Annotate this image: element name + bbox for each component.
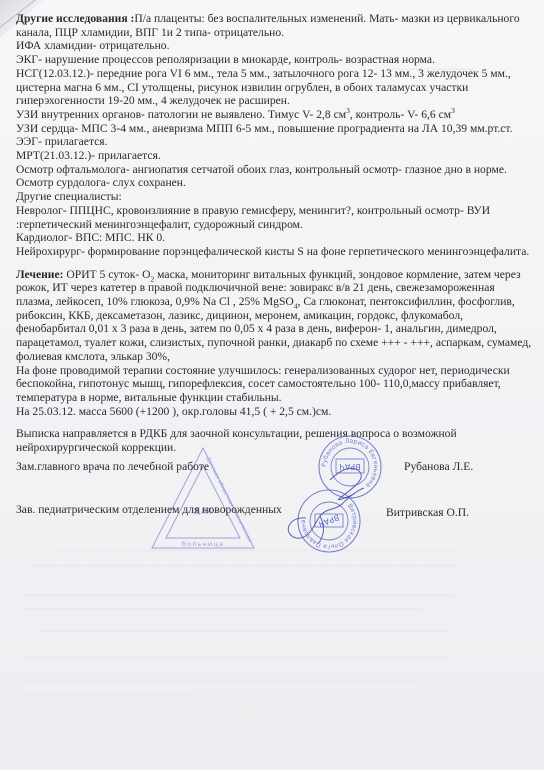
- neurologist-line: Невролог- ППЦНС, кровоизлияние в правую …: [16, 204, 536, 218]
- cardiologist-line: Кардиолог- ВПС: МПС. НК 0.: [16, 231, 536, 245]
- treatment-line-1: Лечение: ОРИТ 5 суток- О2 маска, монитор…: [16, 268, 536, 282]
- treatment-line: рибоксин, ККБ, дексаметазон, лазикс, диц…: [16, 309, 536, 323]
- signature-name-rubanova: Рубанова Л.Е.: [404, 460, 473, 473]
- neurosurgeon-line: Нейрохирург- формирование порэнцефаличес…: [16, 245, 536, 259]
- document-body: Другие исследования :П/а плаценты: без в…: [16, 12, 536, 455]
- mri-line: МРТ(21.03.12.)- прилагается.: [16, 149, 536, 163]
- referral-line: нейрохирургической коррекции.: [16, 441, 536, 455]
- other-tests-line: ИФА хламидии- отрицательно.: [16, 39, 536, 53]
- outcome-line: На фоне проводимой терапии состояние улу…: [16, 364, 536, 378]
- nsg-line: цистерна магна 6 мм., CI утолщены, рисун…: [16, 81, 536, 95]
- ophthalmologist-line: Осмотр офтальмолога- ангиопатия сетчатой…: [16, 163, 536, 177]
- uzi-heart-line: УЗИ сердца- МПС 3-4 мм., аневризма МПП 6…: [16, 122, 536, 136]
- specialists-heading: Другие специалисты:: [16, 190, 536, 204]
- nsg-line: гиперэхогенности 19-20 мм., 4 желудочек …: [16, 94, 536, 108]
- signature-role-department-head: Зав. педиатрическим отделением для новор…: [16, 503, 282, 516]
- neurologist-line: :герпетический менингоэнцефалит, судорож…: [16, 218, 536, 232]
- treatment-line: парацетамол, туалет кожи, слизистых, пуп…: [16, 336, 536, 350]
- outcome-line: температура в норме, витальные функции с…: [16, 391, 536, 405]
- other-tests-line: канала, ПЦР хламидии, ВПГ 1и 2 типа- отр…: [16, 26, 536, 40]
- stamp-side-text: Детская областная клиническая: [204, 456, 252, 543]
- treatment-line: фолиевая кмслота, элькар 30%,: [16, 350, 536, 364]
- stamp-bottom-text: больница: [182, 540, 224, 548]
- treatment-line: плазма, лейкосеп, 10% глюкоза, 0,9% Na C…: [16, 295, 536, 309]
- ecg-line: ЭКГ- нарушение процессов реполяризации в…: [16, 53, 536, 67]
- treatment-line: рожок, ИТ через катетер в правой подключ…: [16, 281, 536, 295]
- signature-name-vitrivskaya: Витривская О.П.: [386, 506, 469, 519]
- outcome-measurements-line: На 25.03.12. масса 5600 (+1200 ), окр.го…: [16, 405, 536, 419]
- nsg-line: НСГ(12.03.12.)- передние рога VI 6 мм., …: [16, 67, 536, 81]
- outcome-line: беспокойна, гипотонус мышц, гипорефлекси…: [16, 377, 536, 391]
- audiologist-line: Осмотр сурдолога- слух сохранен.: [16, 176, 536, 190]
- uzi-internal-line: УЗИ внутренних органов- патологии не выя…: [16, 108, 536, 122]
- treatment-heading: Лечение:: [16, 268, 63, 281]
- other-tests-line-1: Другие исследования :П/а плаценты: без в…: [16, 12, 536, 26]
- treatment-line: фенобарбитал 0,01 x 3 раза в день, затем…: [16, 322, 536, 336]
- eeg-line: ЭЭГ- прилагается.: [16, 135, 536, 149]
- signature-strokes: [280, 450, 390, 560]
- referral-line: Выписка направляется в РДКБ для заочной …: [16, 427, 536, 441]
- scanned-page: ———————— ———————————————————————————————…: [0, 0, 544, 770]
- signature-role-deputy-chief: Зам.главного врача по лечебной работе: [16, 460, 209, 473]
- other-tests-heading: Другие исследования :: [16, 12, 134, 25]
